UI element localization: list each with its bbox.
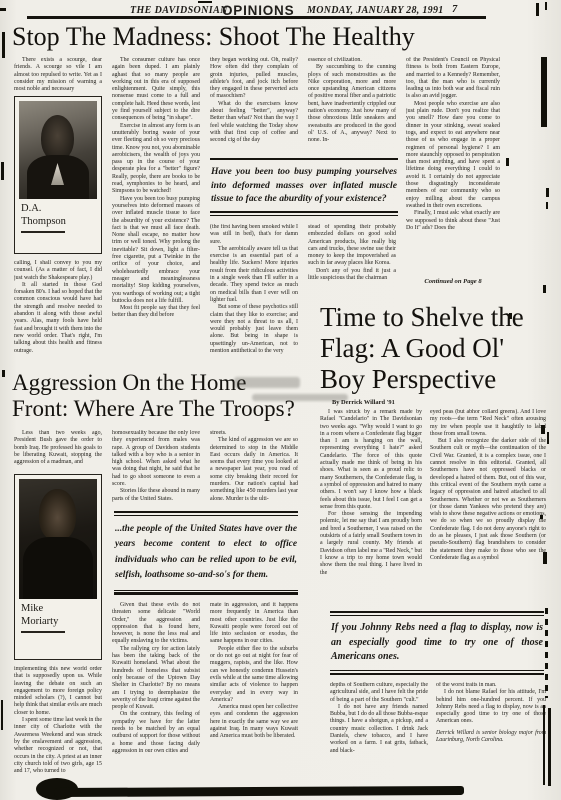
scan-artifact — [198, 1, 212, 3]
caption-rule — [21, 231, 65, 233]
scan-artifact — [509, 313, 512, 319]
thompson-photo-frame: D.A. Thompson — [14, 96, 102, 254]
article3-column1: I was struck by a remark made by Rafael … — [320, 409, 422, 609]
paragraph: The aerobically aware tell us that exerc… — [210, 246, 298, 304]
scan-artifact — [1, 700, 3, 730]
paragraph: There exists a scourge, dear friends. A … — [14, 57, 102, 93]
paragraph: Most fit people say that they feel bette… — [112, 305, 200, 320]
paragraph: I was struck by a remark made by Rafael … — [320, 409, 422, 511]
paragraph: implementing this new world order that i… — [14, 666, 102, 717]
scan-artifact — [547, 432, 549, 444]
article1-column2: The consumer culture has once again been… — [112, 57, 200, 348]
scan-artifact — [545, 608, 548, 698]
article1-column4-bottom: stead of spending their probably embezzl… — [308, 224, 396, 302]
article1-column3-bottom: (the first having been smoked while I wa… — [210, 224, 298, 354]
paragraph: eyed peas (but abhor collard greens). An… — [430, 409, 546, 438]
article1-headline: Stop The Madness: Shoot The Healthy — [12, 23, 487, 51]
article3-headline-line3: Boy Perspective — [320, 364, 560, 395]
paragraph: Most people who exercise are also just p… — [406, 101, 500, 210]
paragraph: Exercise in almost any form is an unutte… — [112, 123, 200, 196]
scan-artifact-bar — [54, 786, 464, 797]
paragraph: of the President's Council on Physical f… — [406, 57, 500, 101]
pull-quote-text: ...the people of the United States have … — [114, 516, 298, 590]
thompson-photo-caption: D.A. Thompson — [19, 199, 73, 228]
paragraph: America must open her collective eyes an… — [210, 704, 298, 740]
pull-quote-text: Have you been too busy pumping yourselve… — [210, 160, 398, 211]
article2-column1-bottom: implementing this new world order that i… — [14, 666, 102, 778]
paragraph: I do not have any friends named Bubba, b… — [330, 704, 428, 755]
paragraph: The consumer culture has once again been… — [112, 57, 200, 123]
article3-box-quote: If you Johnny Rebs need a flag to displa… — [330, 611, 544, 675]
paragraph: It all started in those God forsaken 80'… — [14, 282, 102, 355]
scan-artifact — [543, 552, 547, 564]
rule — [330, 673, 544, 675]
scan-artifact — [543, 285, 546, 293]
article2-column3-top: streets. The kind of aggression we are s… — [210, 430, 298, 506]
paragraph: But some of these psychotics still claim… — [210, 304, 298, 354]
paragraph: mate in aggression, and it happens more … — [210, 602, 298, 646]
moriarty-photo — [19, 479, 97, 599]
paragraph: essence of civilization. — [308, 57, 396, 64]
article2-column1-top: Less than two weeks ago, President Bush … — [14, 430, 102, 470]
article1-pull-quote: Have you been too busy pumping yourselve… — [210, 158, 398, 216]
article1-column4-top: essence of civilization. By succumbing t… — [308, 57, 396, 155]
scan-artifact — [2, 370, 5, 377]
article1-column1-bottom: calling, I shall convey to you my counse… — [14, 260, 102, 370]
scan-artifact — [541, 425, 545, 434]
paragraph: Less than two weeks ago, President Bush … — [14, 430, 102, 466]
paragraph: Given that these evils do not threaten s… — [112, 602, 200, 646]
rule — [210, 215, 398, 217]
article2-column2-bottom: Given that these evils do not threaten s… — [112, 602, 200, 760]
scan-artifact — [1, 162, 4, 180]
masthead-paper-name: THE DAVIDSONIAN — [130, 5, 228, 16]
scan-artifact — [543, 705, 545, 785]
paragraph: depths of Southern culture, especially t… — [330, 682, 428, 704]
paragraph: For those sensing the impending polemic,… — [320, 511, 422, 577]
article1-column5: of the President's Council on Physical f… — [406, 57, 500, 269]
paragraph: The kind of aggression we are so determi… — [210, 437, 298, 503]
article2-column3-bottom: mate in aggression, and it happens more … — [210, 602, 298, 754]
paragraph: What do the exercisers know about feelin… — [210, 101, 298, 145]
paragraph: People either flee to the suburbs or do … — [210, 646, 298, 704]
paragraph: Stories like these abound in many parts … — [112, 488, 200, 503]
newspaper-page: THE DAVIDSONIAN OPINIONS MONDAY, JANUARY… — [0, 0, 561, 800]
article3-column1-bottom: depths of Southern culture, especially t… — [330, 682, 428, 780]
masthead-page-number: 7 — [452, 4, 457, 15]
paragraph: (the first having been smoked while I wa… — [210, 224, 298, 246]
paragraph: Have you been too busy pumping yourselve… — [112, 196, 200, 305]
continued-notice: Continued on Page 8 — [406, 278, 500, 285]
box-quote-text: If you Johnny Rebs need a flag to displa… — [330, 616, 544, 671]
paragraph: Finally, I must ask: what exactly are we… — [406, 210, 500, 232]
article2-pull-quote: ...the people of the United States have … — [114, 511, 298, 595]
masthead-date: MONDAY, JANUARY 28, 1991 — [307, 5, 444, 16]
scan-artifact — [546, 188, 549, 197]
scan-smudge — [234, 377, 300, 388]
scan-artifact — [546, 202, 548, 209]
rule — [114, 592, 298, 594]
paragraph: I do not blame Rafael for his attitude, … — [436, 689, 546, 725]
article3-headline-line2: Flag: A Good Ol' — [320, 333, 560, 364]
caption-rule — [21, 631, 65, 633]
masthead-rule — [27, 16, 486, 19]
scan-artifact — [541, 57, 547, 127]
paragraph: homosexuality because the only love they… — [112, 430, 200, 488]
paragraph: they began working out. Oh, really? How … — [210, 57, 298, 101]
scan-artifact — [2, 32, 5, 58]
scan-artifact — [506, 158, 509, 166]
scan-artifact — [536, 3, 539, 16]
moriarty-photo-caption: Mike Moriarty — [19, 599, 69, 628]
article2-column2-top: homosexuality because the only love they… — [112, 430, 200, 506]
author-bio: Derrick Willard is senior biology major … — [436, 730, 546, 745]
paragraph: But I also recognize the darker side of … — [430, 438, 546, 562]
thompson-photo — [19, 101, 97, 199]
paragraph: calling, I shall convey to you my counse… — [14, 260, 102, 282]
paragraph: By succumbing to the cunning ploys of su… — [308, 64, 396, 144]
paragraph: Don't any of you find it just a little s… — [308, 268, 396, 283]
article3-headline: Time to Shelve the Flag: A Good Ol' Boy … — [320, 302, 560, 395]
portrait-head — [39, 489, 76, 541]
moriarty-photo-frame: Mike Moriarty — [14, 474, 102, 660]
article3-column2: eyed peas (but abhor collard greens). An… — [430, 409, 546, 609]
paragraph: I spent some time last week in the inner… — [14, 717, 102, 775]
scan-artifact — [545, 2, 547, 10]
article1-column1-top: There exists a scourge, dear friends. A … — [14, 57, 102, 95]
scan-artifact — [540, 515, 543, 519]
paragraph: The rallying cry for action lately has b… — [112, 646, 200, 712]
article1-column3-top: they began working out. Oh, really? How … — [210, 57, 298, 155]
portrait-shoulders — [23, 537, 93, 599]
paragraph: On the contrary, this feeling of sympath… — [112, 711, 200, 755]
article3-byline: By Derrick Willard '91 — [332, 399, 395, 406]
paragraph: stead of spending their probably embezzl… — [308, 224, 396, 268]
scan-artifact — [0, 8, 6, 11]
article3-headline-line1: Time to Shelve the — [320, 302, 560, 333]
scan-artifact — [548, 708, 551, 786]
article3-column2-bottom: of the worst traits in man. I do not bla… — [436, 682, 546, 780]
